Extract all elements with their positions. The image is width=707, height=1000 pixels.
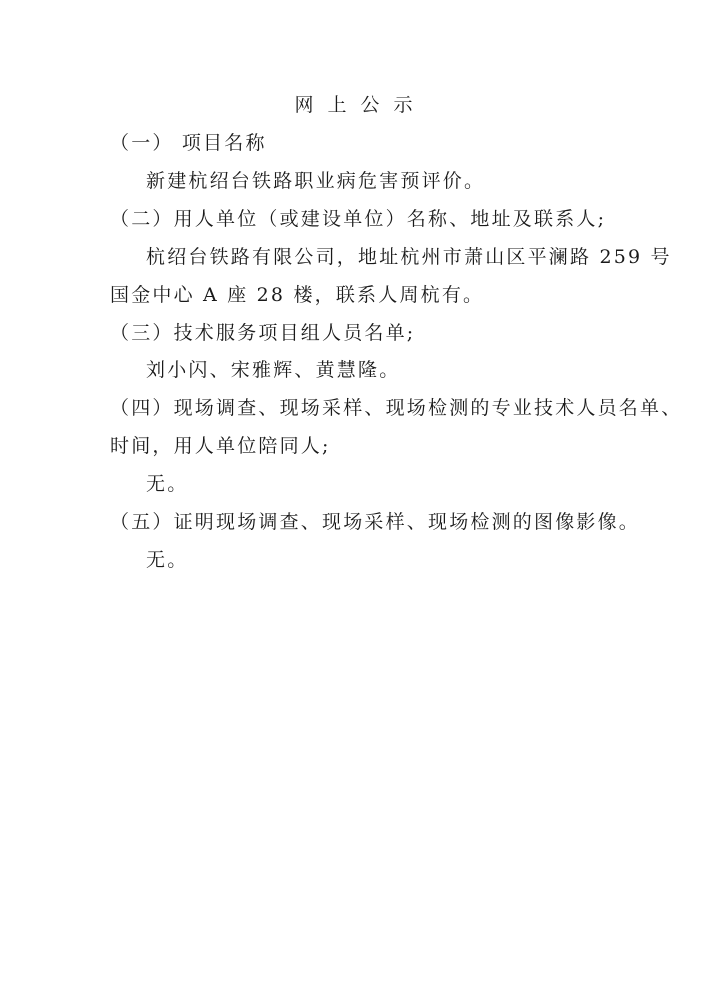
section-5-heading: （五）证明现场调查、现场采样、现场检测的图像影像。	[110, 510, 640, 534]
section-4-heading-continued: 时间，用人单位陪同人;	[110, 434, 331, 458]
document-page: 网上公示 （一） 项目名称 新建杭绍台铁路职业病危害预评价。 （二）用人单位（或…	[0, 0, 707, 1000]
section-4-heading: （四）现场调查、现场采样、现场检测的专业技术人员名单、	[110, 396, 682, 420]
section-4-body-line-1: 无。	[146, 472, 188, 496]
section-2-body-line-1: 杭绍台铁路有限公司，地址杭州市萧山区平澜路 259 号	[146, 245, 672, 269]
section-3-heading: （三）技术服务项目组人员名单;	[110, 321, 415, 345]
document-title: 网上公示	[0, 93, 707, 117]
section-2-body-line-2: 国金中心 A 座 28 楼，联系人周杭有。	[110, 283, 484, 307]
section-2-heading: （二）用人单位（或建设单位）名称、地址及联系人;	[110, 207, 606, 231]
section-5-body-line-1: 无。	[146, 548, 188, 572]
section-3-body-line-1: 刘小闪、宋雅辉、黄慧隆。	[146, 358, 400, 382]
section-1-heading: （一） 项目名称	[110, 131, 267, 155]
section-1-body-line-1: 新建杭绍台铁路职业病危害预评价。	[146, 169, 485, 193]
